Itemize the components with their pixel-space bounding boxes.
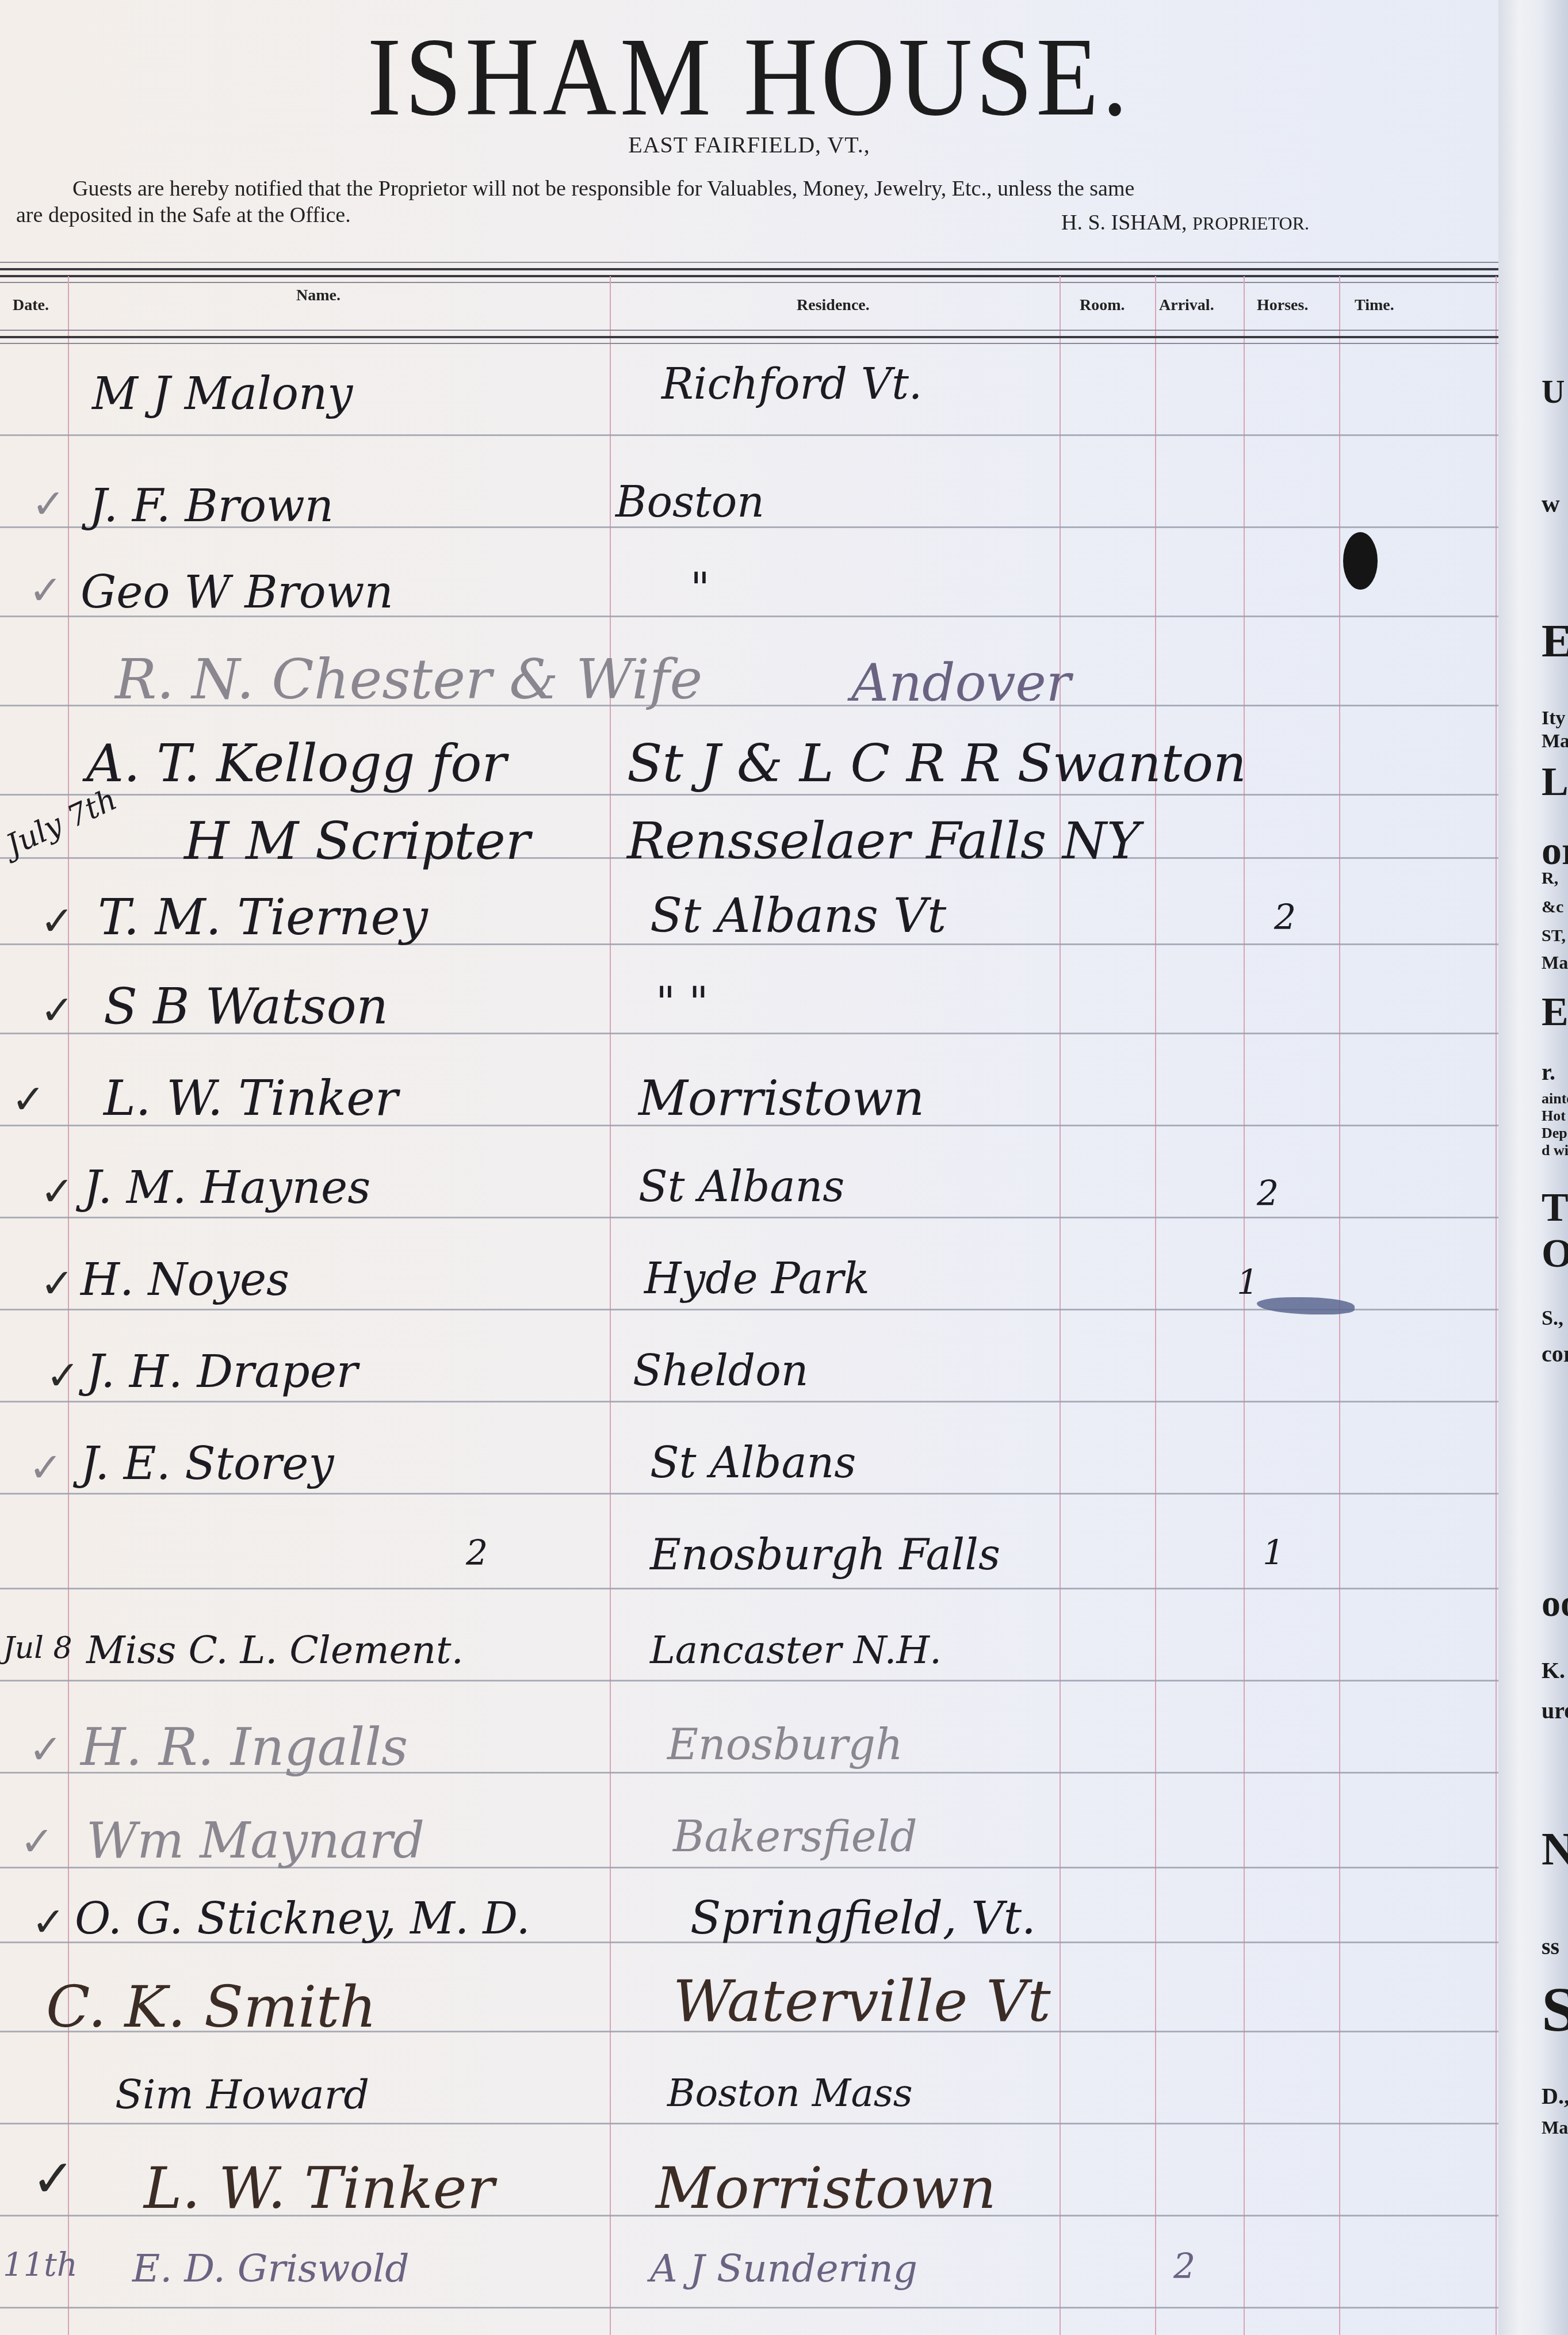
guest-residence: Andover <box>851 653 1071 713</box>
facing-page-fragment: Mas <box>1542 731 1568 752</box>
ruled-line <box>0 1401 1498 1402</box>
guest-name: 2 <box>466 1533 488 1573</box>
facing-page-fragment: ainte <box>1542 1090 1568 1107</box>
facing-page-fragment: T <box>1542 1185 1568 1231</box>
hotel-title: ISHAM HOUSE. <box>0 12 1498 142</box>
guest-residence: St Albans <box>650 1438 856 1488</box>
guest-residence: A J Sundering <box>650 2246 917 2291</box>
entry-date: Jul 8 <box>3 1631 72 1665</box>
ruled-line <box>0 2123 1498 2124</box>
column-header-room: Room. <box>1080 296 1125 315</box>
guest-name: R. N. Chester & Wife <box>115 647 702 712</box>
horses-count: 2 <box>1257 1174 1279 1214</box>
rule-divider <box>0 343 1498 344</box>
checkmark-icon: ✓ <box>29 1726 63 1773</box>
guest-name: J. F. Brown <box>89 480 334 532</box>
checkmark-icon: ✓ <box>40 1168 74 1215</box>
guest-name: E. D. Griswold <box>132 2246 410 2291</box>
column-header-name: Name. <box>296 286 341 305</box>
horses-count: 2 <box>1274 897 1296 938</box>
guest-name: J. E. Storey <box>81 1438 334 1490</box>
column-header-horses: Horses. <box>1257 296 1308 315</box>
guest-name: Geo W Brown <box>81 567 393 618</box>
column-divider <box>1155 276 1156 2335</box>
facing-page-fragment: ST, <box>1542 926 1566 946</box>
guest-residence: Waterville Vt <box>673 1967 1051 2035</box>
guest-name: Sim Howard <box>115 2071 369 2118</box>
column-header-date: Date. <box>13 296 49 315</box>
facing-page-fragment: Dep <box>1542 1125 1567 1142</box>
column-divider <box>1060 276 1061 2335</box>
ink-blot <box>1343 532 1378 590</box>
facing-page-fragment: w <box>1542 489 1560 518</box>
guest-name: H M Scripter <box>184 811 530 872</box>
guest-residence: " <box>690 564 710 613</box>
guest-residence: Morristown <box>656 2154 996 2222</box>
guest-residence: St Albans Vt <box>650 889 946 943</box>
rule-divider <box>0 262 1498 263</box>
guest-residence: Richford Vt. <box>661 360 922 409</box>
horses-count: 1 <box>1237 1263 1259 1303</box>
guest-name: Wm Maynard <box>86 1812 424 1870</box>
horses-count: 1 <box>1263 1533 1284 1573</box>
guest-name: C. K. Smith <box>46 1973 377 2040</box>
facing-page-fragment: Mas <box>1542 952 1568 973</box>
guest-residence: St J & L C R R Swanton <box>627 733 1246 794</box>
facing-page-fragment: LI <box>1542 759 1568 805</box>
guest-residence: Sheldon <box>633 1346 808 1396</box>
facing-page-fragment: K. <box>1542 1657 1565 1684</box>
facing-page-fragment: D., <box>1542 2082 1568 2109</box>
guest-residence: St Albans <box>638 1162 844 1212</box>
facing-page-fragment: Mas <box>1542 2117 1568 2138</box>
rule-divider <box>0 282 1498 283</box>
guest-residence: Enosburgh Falls <box>650 1530 1000 1580</box>
checkmark-icon: ✓ <box>32 1898 66 1946</box>
guest-residence: Morristown <box>638 1070 924 1126</box>
rule-divider <box>0 330 1498 331</box>
column-divider <box>610 276 611 2335</box>
checkmark-icon: ✓ <box>32 2149 75 2209</box>
checkmark-icon: ✓ <box>29 567 63 614</box>
proprietor-signature: H. S. ISHAM, PROPRIETOR. <box>1061 210 1309 235</box>
facing-page-fragment: or <box>1542 828 1568 874</box>
rule-divider <box>0 336 1498 338</box>
facing-page-fragment: d wi <box>1542 1142 1568 1159</box>
ruled-line <box>0 2307 1498 2309</box>
proprietor-name: H. S. ISHAM, <box>1061 211 1192 235</box>
guest-name: L. W. Tinker <box>144 2154 495 2222</box>
facing-page-fragment: N <box>1542 1824 1568 1876</box>
facing-page-fragment: ure <box>1542 1697 1568 1724</box>
checkmark-icon: ✓ <box>40 897 74 945</box>
facing-page-fragment: EL <box>1542 989 1568 1035</box>
guest-residence: " " <box>656 978 709 1027</box>
register-page: ISHAM HOUSE. EAST FAIRFIELD, VT., Guests… <box>0 0 1498 2335</box>
checkmark-icon: ✓ <box>40 987 74 1034</box>
facing-page-fragment: Hot <box>1542 1107 1566 1125</box>
guest-residence: Springfield, Vt. <box>690 1893 1036 1944</box>
ruled-line <box>0 1680 1498 1681</box>
facing-page-fragment: &c <box>1542 897 1563 917</box>
checkmark-icon: ✓ <box>46 1352 80 1399</box>
guest-residence: Lancaster N.H. <box>650 1628 942 1672</box>
guest-residence: Boston Mass <box>667 2071 913 2115</box>
column-header-residence: Residence. <box>797 296 870 315</box>
ink-smudge <box>1257 1297 1355 1314</box>
facing-page-fragment: S., <box>1542 1306 1563 1330</box>
guest-name: L. W. Tinker <box>104 1070 398 1126</box>
column-divider <box>1496 276 1497 2335</box>
column-header-time: Time. <box>1355 296 1394 315</box>
notice-line-2: are deposited in the Safe at the Office. <box>16 203 351 227</box>
guest-name: M J Malony <box>92 368 353 420</box>
guest-name: Miss C. L. Clement. <box>86 1628 464 1672</box>
guest-residence: Boston <box>615 477 764 527</box>
column-header-arrival: Arrival. <box>1159 296 1214 315</box>
facing-page-fragment: R, <box>1542 869 1558 888</box>
notice-line-1: Guests are hereby notified that the Prop… <box>16 175 1466 202</box>
guest-name: H. Noyes <box>81 1254 289 1306</box>
facing-page-edge: U w ES Ity Mas LI or R, &c ST, Mas EL r.… <box>1498 0 1568 2335</box>
ruled-line <box>0 794 1498 796</box>
facing-page-fragment: S <box>1542 1973 1568 2046</box>
entry-date: 11th <box>3 2246 78 2284</box>
ruled-line <box>0 1588 1498 1589</box>
checkmark-icon: ✓ <box>12 1076 45 1123</box>
guest-name: J. H. Draper <box>86 1346 358 1398</box>
guest-name: J. M. Haynes <box>83 1162 370 1214</box>
guest-residence: Rensselaer Falls NY <box>627 811 1140 870</box>
guest-name: O. G. Stickney, M. D. <box>75 1893 530 1944</box>
facing-page-fragment: Ity <box>1542 708 1566 729</box>
facing-page-fragment: ook <box>1542 1582 1568 1626</box>
facing-page-fragment: r. <box>1542 1058 1555 1086</box>
guest-name: A. T. Kellogg for <box>86 733 506 794</box>
facing-page-fragment: ss <box>1542 1933 1559 1960</box>
guest-residence: Hyde Park <box>644 1254 870 1304</box>
proprietor-title: PROPRIETOR. <box>1192 213 1309 234</box>
arrival-mark: 2 <box>1173 2246 1195 2287</box>
checkmark-icon: ✓ <box>29 1444 63 1491</box>
facing-page-fragment: U <box>1542 374 1565 411</box>
guest-residence: Bakersfield <box>673 1812 917 1862</box>
facing-page-fragment: ON <box>1542 1231 1568 1277</box>
ruled-line <box>0 434 1498 436</box>
ruled-line <box>0 1217 1498 1218</box>
checkmark-icon: ✓ <box>40 1260 74 1307</box>
guest-name: T. M. Tierney <box>98 889 428 946</box>
checkmark-icon: ✓ <box>20 1818 54 1865</box>
ruled-line <box>0 1493 1498 1495</box>
facing-page-fragment: ES <box>1542 616 1568 668</box>
rule-divider <box>0 268 1498 270</box>
guest-name: S B Watson <box>104 978 388 1035</box>
checkmark-icon: ✓ <box>32 480 66 528</box>
column-divider <box>1244 276 1245 2335</box>
rule-divider <box>0 275 1498 277</box>
hotel-town: EAST FAIRFIELD, VT., <box>0 131 1498 158</box>
guest-residence: Enosburgh <box>667 1720 903 1770</box>
guest-name: H. R. Ingalls <box>81 1717 408 1778</box>
facing-page-fragment: cor <box>1542 1340 1568 1367</box>
